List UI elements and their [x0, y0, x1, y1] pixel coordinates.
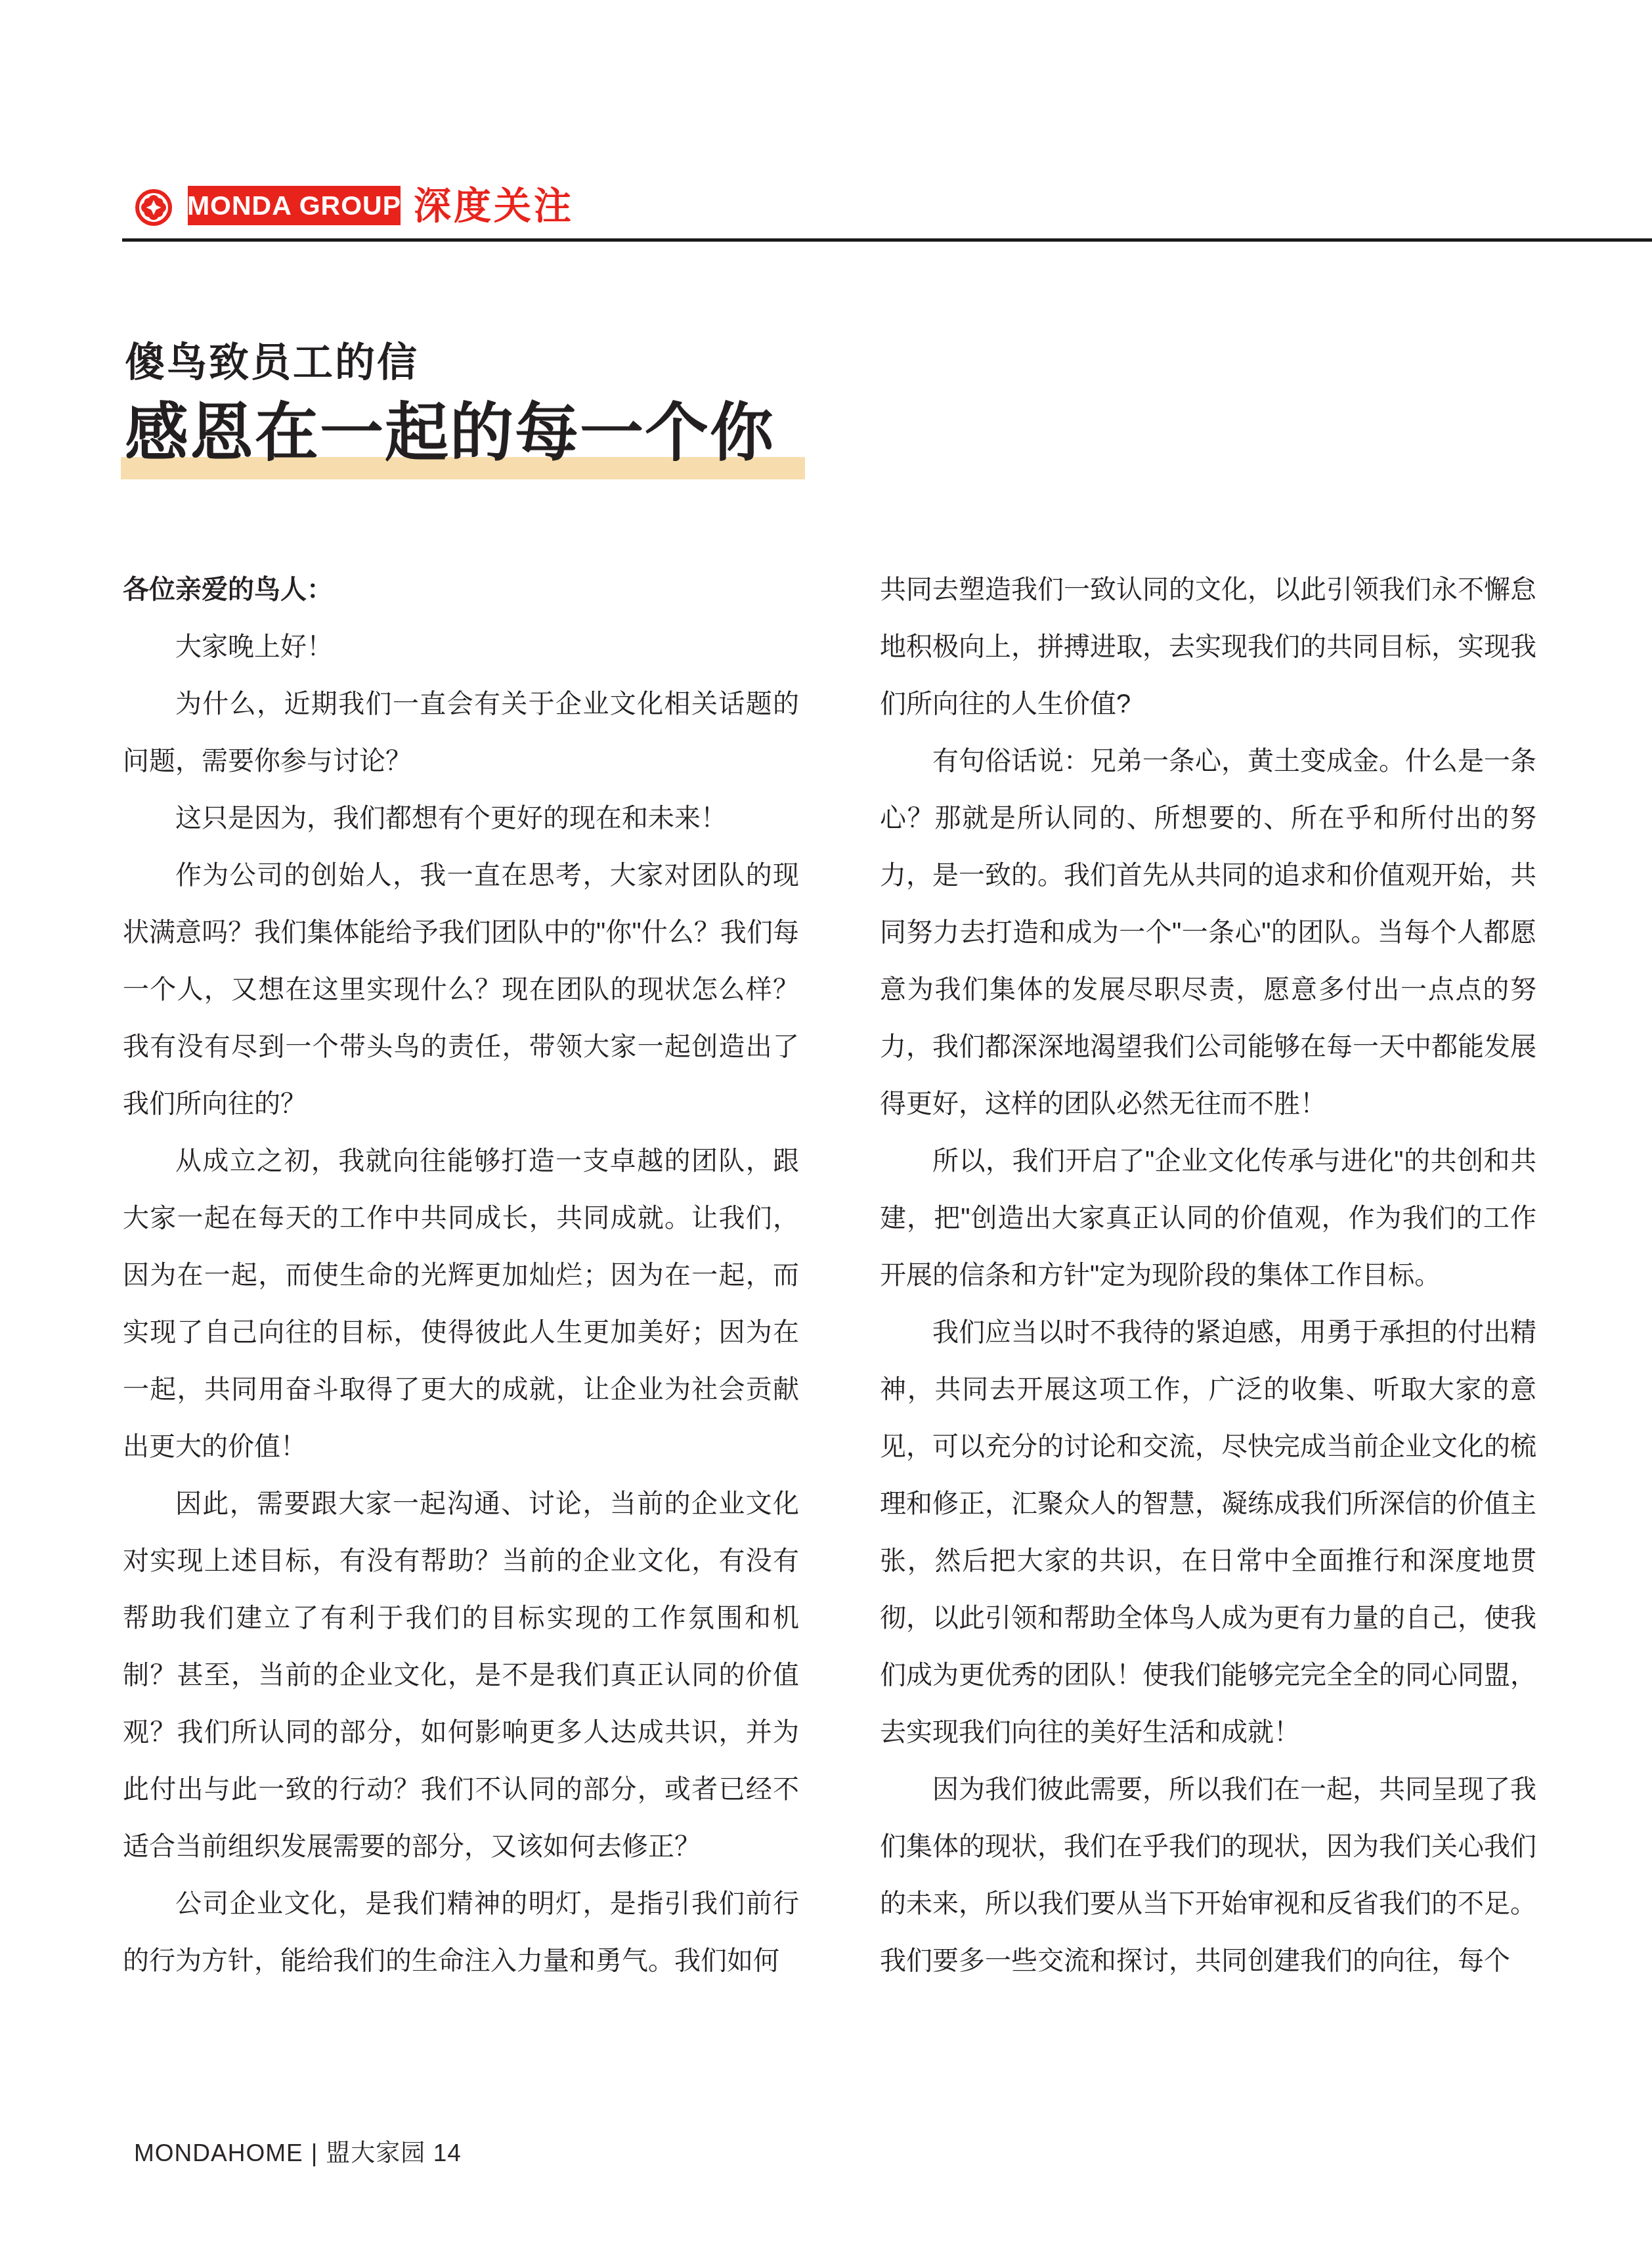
footer-magazine-name: 盟大家园 [326, 2139, 425, 2166]
paragraph: 从成立之初，我就向往能够打造一支卓越的团队，跟大家一起在每天的工作中共同成长，共… [123, 1133, 799, 1476]
right-column: 共同去塑造我们一致认同的文化，以此引领我们永不懈怠地积极向上，拼搏进取，去实现我… [880, 561, 1536, 1990]
paragraph: 因此，需要跟大家一起沟通、讨论，当前的企业文化对实现上述目标，有没有帮助？当前的… [123, 1476, 799, 1875]
header-divider [122, 238, 1652, 242]
paragraph: 所以，我们开启了"企业文化传承与进化"的共创和共建，把"创造出大家真正认同的价值… [880, 1133, 1536, 1304]
paragraph: 公司企业文化，是我们精神的明灯，是指引我们前行的行为方针，能给我们的生命注入力量… [123, 1875, 799, 1990]
paragraph: 因为我们彼此需要，所以我们在一起，共同呈现了我们集体的现状，我们在乎我们的现状，… [880, 1761, 1536, 1990]
footer-page-number: 14 [433, 2139, 462, 2166]
article-kicker: 傻鸟致员工的信 [125, 331, 419, 388]
article-body: 各位亲爱的鸟人：大家晚上好！为什么，近期我们一直会有关于企业文化相关话题的问题，… [123, 561, 1536, 1990]
paragraph: 我们应当以时不我待的紧迫感，用勇于承担的付出精神，共同去开展这项工作，广泛的收集… [880, 1304, 1536, 1761]
paragraph: 这只是因为，我们都想有个更好的现在和未来！ [123, 790, 799, 847]
monda-flower-logo-icon [135, 188, 173, 227]
section-title: 深度关注 [414, 186, 574, 225]
paragraph: 大家晚上好！ [123, 619, 799, 676]
left-column: 各位亲爱的鸟人：大家晚上好！为什么，近期我们一直会有关于企业文化相关话题的问题，… [123, 561, 799, 1990]
brand-badge: MONDA GROUP [188, 186, 401, 225]
page-footer: MONDAHOME|盟大家园 14 [134, 2133, 462, 2168]
paragraph: 作为公司的创始人，我一直在思考，大家对团队的现状满意吗？我们集体能给予我们团队中… [123, 847, 799, 1133]
magazine-page: MONDA GROUP 深度关注 傻鸟致员工的信 感恩在一起的每一个你 各位亲爱… [0, 0, 1652, 2257]
footer-divider: | [303, 2139, 326, 2166]
article-title-highlight: 感恩在一起的每一个你 [125, 397, 775, 469]
article-title: 感恩在一起的每一个你 [125, 397, 775, 469]
paragraph: 为什么，近期我们一直会有关于企业文化相关话题的问题，需要你参与讨论？ [123, 676, 799, 790]
paragraph: 有句俗话说：兄弟一条心，黄土变成金。什么是一条心？那就是所认同的、所想要的、所在… [880, 733, 1536, 1133]
paragraph: 各位亲爱的鸟人： [123, 561, 799, 619]
footer-brand: MONDAHOME [134, 2139, 303, 2166]
paragraph: 共同去塑造我们一致认同的文化，以此引领我们永不懈怠地积极向上，拼搏进取，去实现我… [880, 561, 1536, 733]
